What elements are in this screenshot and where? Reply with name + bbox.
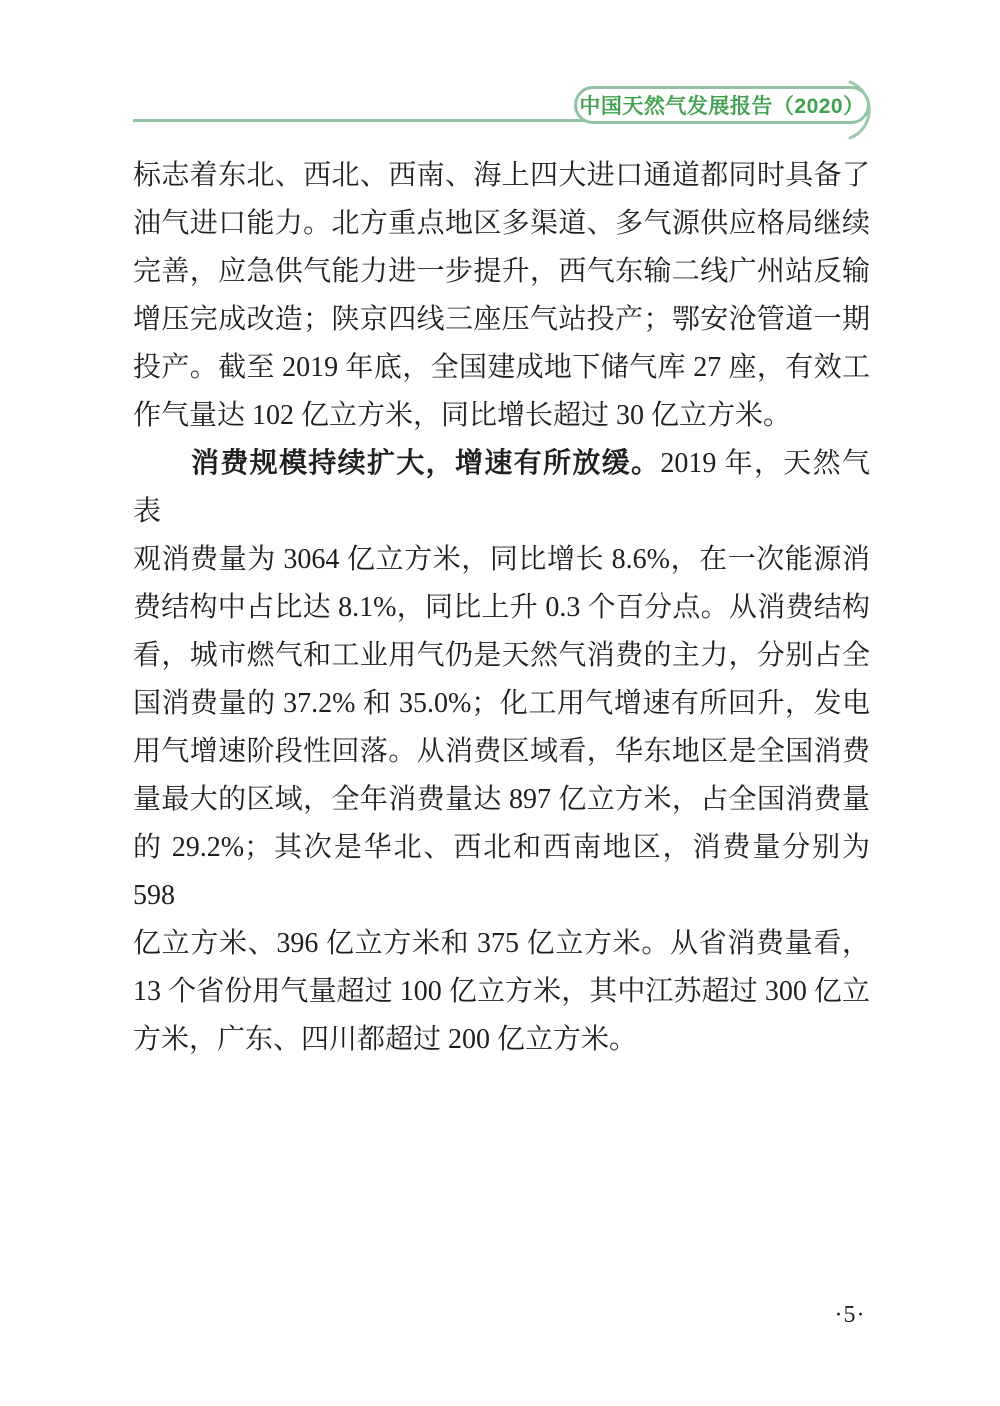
text-segment: 13 个省份用气量超过 100 亿立方米，其中江苏超过 300 亿立 <box>133 976 870 1007</box>
page-number: ·5· <box>810 1302 890 1329</box>
paragraph: 消费规模持续扩大，增速有所放缓。2019 年，天然气表观消费量为 3064 亿立… <box>133 440 870 1064</box>
text-line: 13 个省份用气量超过 100 亿立方米，其中江苏超过 300 亿立 <box>133 968 870 1016</box>
text-segment: 作气量达 102 亿立方米，同比增长超过 30 亿立方米。 <box>133 400 791 431</box>
text-segment: 增压完成改造；陕京四线三座压气站投产；鄂安沧管道一期 <box>133 304 870 335</box>
text-line: 亿立方米、396 亿立方米和 375 亿立方米。从省消费量看， <box>133 920 870 968</box>
text-segment: 费结构中占比达 8.1%，同比上升 0.3 个百分点。从消费结构 <box>133 592 870 623</box>
text-segment: 方米，广东、四川都超过 200 亿立方米。 <box>133 1024 637 1055</box>
report-title: 中国天然气发展报告（2020） <box>579 90 864 120</box>
text-line: 观消费量为 3064 亿立方米，同比增长 8.6%，在一次能源消 <box>133 536 870 584</box>
text-segment: 用气增速阶段性回落。从消费区域看，华东地区是全国消费 <box>133 736 870 767</box>
text-segment: 油气进口能力。北方重点地区多渠道、多气源供应格局继续 <box>133 208 870 239</box>
text-line: 国消费量的 37.2% 和 35.0%；化工用气增速有所回升，发电 <box>133 680 870 728</box>
text-line: 增压完成改造；陕京四线三座压气站投产；鄂安沧管道一期 <box>133 296 870 344</box>
text-segment: 完善，应急供气能力进一步提升，西气东输二线广州站反输 <box>133 256 870 287</box>
text-line: 作气量达 102 亿立方米，同比增长超过 30 亿立方米。 <box>133 392 870 440</box>
text-segment: 观消费量为 3064 亿立方米，同比增长 8.6%，在一次能源消 <box>133 544 870 575</box>
document-page: 中国天然气发展报告（2020） 标志着东北、西北、西南、海上四大进口通道都同时具… <box>0 0 1000 1406</box>
text-line: 的 29.2%；其次是华北、西北和西南地区，消费量分别为 598 <box>133 824 870 920</box>
text-segment: 投产。截至 2019 年底，全国建成地下储气库 27 座，有效工 <box>133 352 870 383</box>
text-line: 消费规模持续扩大，增速有所放缓。2019 年，天然气表 <box>133 440 870 536</box>
text-line: 投产。截至 2019 年底，全国建成地下储气库 27 座，有效工 <box>133 344 870 392</box>
header-bracket-arc <box>842 74 890 146</box>
text-line: 标志着东北、西北、西南、海上四大进口通道都同时具备了 <box>133 152 870 200</box>
text-line: 油气进口能力。北方重点地区多渠道、多气源供应格局继续 <box>133 200 870 248</box>
text-line: 费结构中占比达 8.1%，同比上升 0.3 个百分点。从消费结构 <box>133 584 870 632</box>
header-rule <box>133 119 585 122</box>
text-segment: 国消费量的 37.2% 和 35.0%；化工用气增速有所回升，发电 <box>133 688 870 719</box>
text-line: 完善，应急供气能力进一步提升，西气东输二线广州站反输 <box>133 248 870 296</box>
text-segment: 看，城市燃气和工业用气仍是天然气消费的主力，分别占全 <box>133 640 870 671</box>
text-segment: 亿立方米、396 亿立方米和 375 亿立方米。从省消费量看， <box>133 928 870 959</box>
text-line: 量最大的区域，全年消费量达 897 亿立方米，占全国消费量 <box>133 776 870 824</box>
paragraph: 标志着东北、西北、西南、海上四大进口通道都同时具备了油气进口能力。北方重点地区多… <box>133 152 870 440</box>
body-text: 标志着东北、西北、西南、海上四大进口通道都同时具备了油气进口能力。北方重点地区多… <box>133 152 870 1064</box>
text-segment: 的 29.2%；其次是华北、西北和西南地区，消费量分别为 598 <box>133 832 870 911</box>
text-segment: 标志着东北、西北、西南、海上四大进口通道都同时具备了 <box>133 160 870 191</box>
text-segment: 量最大的区域，全年消费量达 897 亿立方米，占全国消费量 <box>133 784 870 815</box>
report-title-badge: 中国天然气发展报告（2020） <box>574 86 870 124</box>
text-line: 看，城市燃气和工业用气仍是天然气消费的主力，分别占全 <box>133 632 870 680</box>
text-line: 用气增速阶段性回落。从消费区域看，华东地区是全国消费 <box>133 728 870 776</box>
text-line: 方米，广东、四川都超过 200 亿立方米。 <box>133 1016 870 1064</box>
bold-text-segment: 消费规模持续扩大，增速有所放缓。 <box>191 448 660 479</box>
